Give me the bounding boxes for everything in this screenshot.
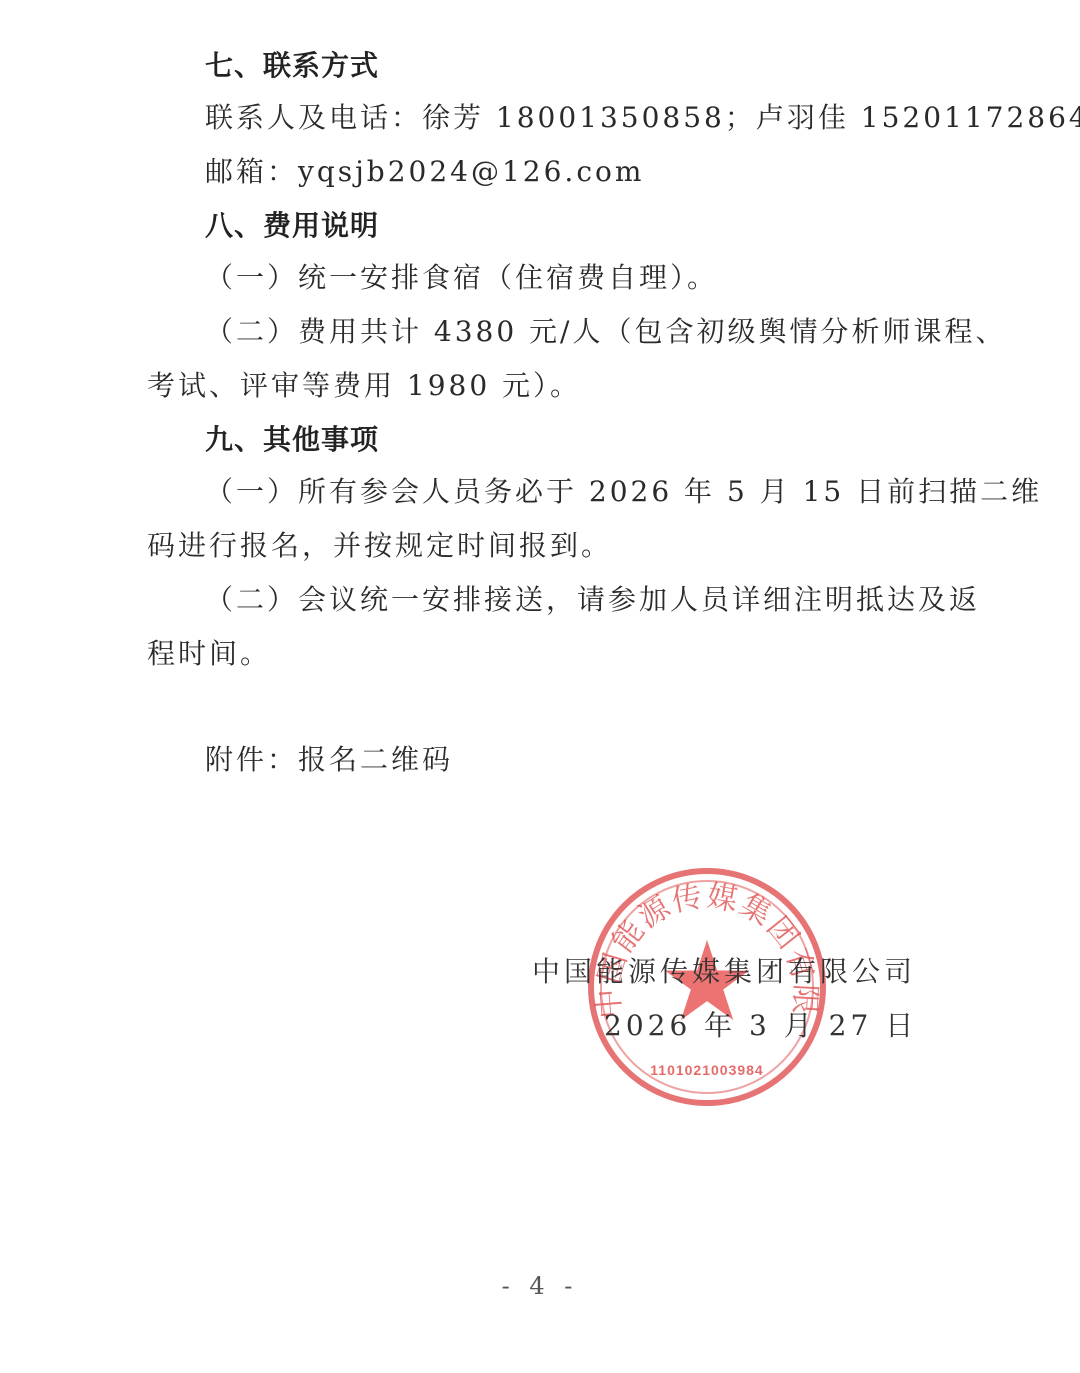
- signature-organization: 中国能源传媒集团有限公司: [532, 954, 916, 990]
- fees-item-1: （一）统一安排食宿（住宿费自理）。: [205, 260, 718, 296]
- other-item-1-line-1: （一）所有参会人员务必于 2026 年 5 月 15 日前扫描二维: [205, 474, 1042, 510]
- seal-code: 1101021003984: [594, 1062, 820, 1078]
- section-heading-fees: 八、费用说明: [205, 208, 379, 244]
- section-heading-other: 九、其他事项: [205, 422, 379, 458]
- other-item-2-line-2: 程时间。: [147, 636, 271, 672]
- signature-date: 2026 年 3 月 27 日: [604, 1008, 917, 1044]
- section-heading-contact: 七、联系方式: [205, 48, 379, 84]
- attachment-note: 附件：报名二维码: [205, 742, 453, 778]
- fees-item-2-line-2: 考试、评审等费用 1980 元）。: [147, 368, 581, 404]
- contact-email-line: 邮箱：yqsjb2024@126.com: [205, 154, 644, 190]
- page-number: - 4 -: [0, 1272, 1080, 1300]
- other-item-2-line-1: （二）会议统一安排接送，请参加人员详细注明抵达及返: [205, 582, 980, 618]
- other-item-1-line-2: 码进行报名，并按规定时间报到。: [147, 528, 612, 564]
- contact-phone-line: 联系人及电话：徐芳 18001350858；卢羽佳 15201172864: [205, 100, 1080, 136]
- fees-item-2-line-1: （二）费用共计 4380 元/人（包含初级舆情分析师课程、: [205, 314, 1007, 350]
